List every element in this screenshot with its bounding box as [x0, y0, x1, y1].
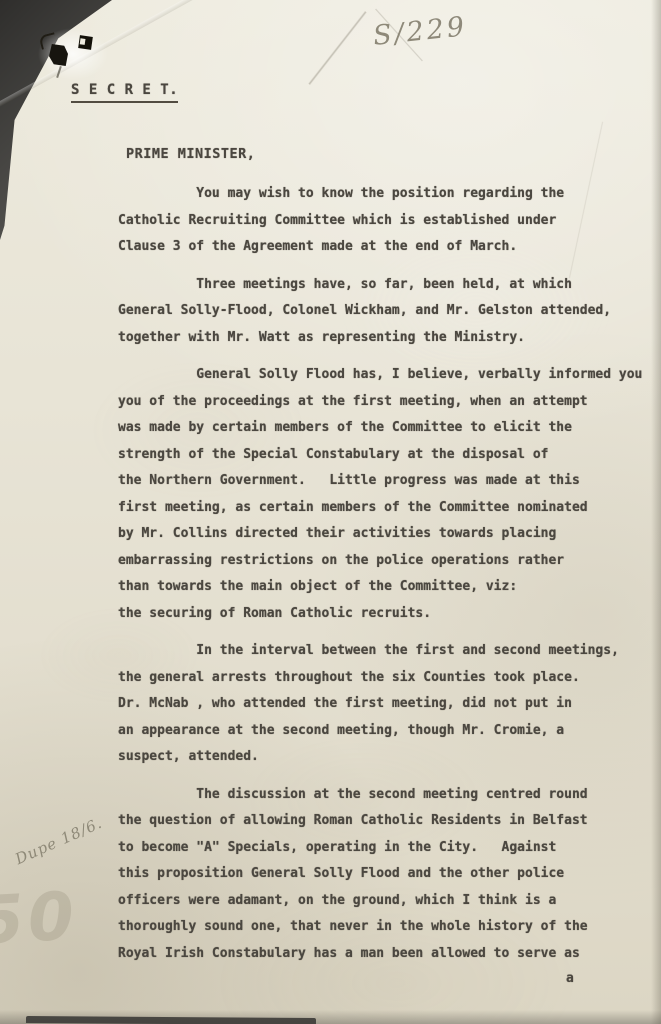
punch-hole-mark	[78, 35, 93, 50]
paper-crease	[308, 11, 367, 85]
secret-classification-heading: S E C R E T.	[71, 82, 178, 103]
right-edge-shade	[651, 0, 661, 1024]
faint-watermark-number: 50	[0, 877, 80, 959]
paragraph: You may wish to know the position regard…	[118, 181, 642, 261]
paragraph: In the interval between the first and se…	[118, 638, 642, 771]
paragraph: The discussion at the second meeting cen…	[118, 782, 642, 968]
bottom-edge-shade	[0, 1010, 661, 1024]
salutation: PRIME MINISTER,	[126, 146, 255, 162]
catchword: a	[566, 971, 574, 986]
punch-hole-paper-showthrough	[80, 38, 86, 45]
paragraph: General Solly Flood has, I believe, verb…	[118, 362, 642, 627]
pencil-margin-note: Dupe 18/6.	[12, 814, 105, 868]
body-paragraphs: You may wish to know the position regard…	[118, 181, 642, 978]
pencil-file-reference: S/229	[372, 11, 469, 52]
paragraph: Three meetings have, so far, been held, …	[118, 272, 642, 352]
scanned-document-page: 50 S/229 S E C R E T. PRIME MINISTER, Yo…	[0, 0, 661, 1024]
